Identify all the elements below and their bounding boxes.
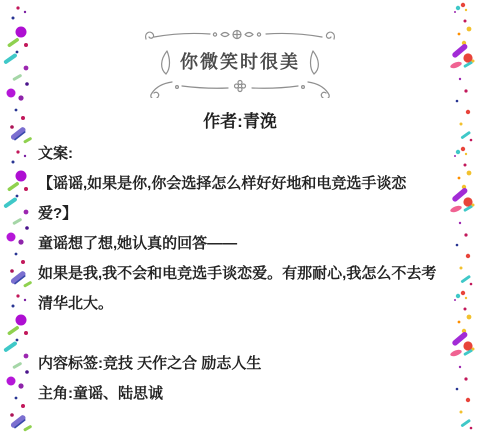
novel-intro-page: 你微笑时很美 作者:青浼 文案: 【谣谣,如果是你,你会选择怎么样好好地和电竞选… <box>0 0 480 432</box>
title-block: 你微笑时很美 <box>140 26 340 98</box>
right-confetti-border <box>446 0 480 432</box>
synopsis-line: 如果是我,我不会和电竞选手谈恋爱。有那耐心,我怎么不去考 <box>38 259 442 289</box>
synopsis-line: 爱?】 <box>38 199 442 229</box>
synopsis-line: 清华北大。 <box>38 289 442 319</box>
tags-line: 内容标签:竞技 天作之合 励志人生 <box>38 349 442 379</box>
synopsis-label: 文案: <box>38 139 442 169</box>
left-confetti-border <box>0 0 34 432</box>
novel-title: 你微笑时很美 <box>140 48 340 74</box>
protagonists-line: 主角:童谣、陆思诚 <box>38 379 442 409</box>
author-line: 作者:青浼 <box>38 107 442 132</box>
synopsis-line: 【谣谣,如果是你,你会选择怎么样好好地和电竞选手谈恋 <box>38 169 442 199</box>
content-column: 你微笑时很美 作者:青浼 文案: 【谣谣,如果是你,你会选择怎么样好好地和电竞选… <box>38 0 442 409</box>
synopsis-line: 童谣想了想,她认真的回答—— <box>38 229 442 259</box>
